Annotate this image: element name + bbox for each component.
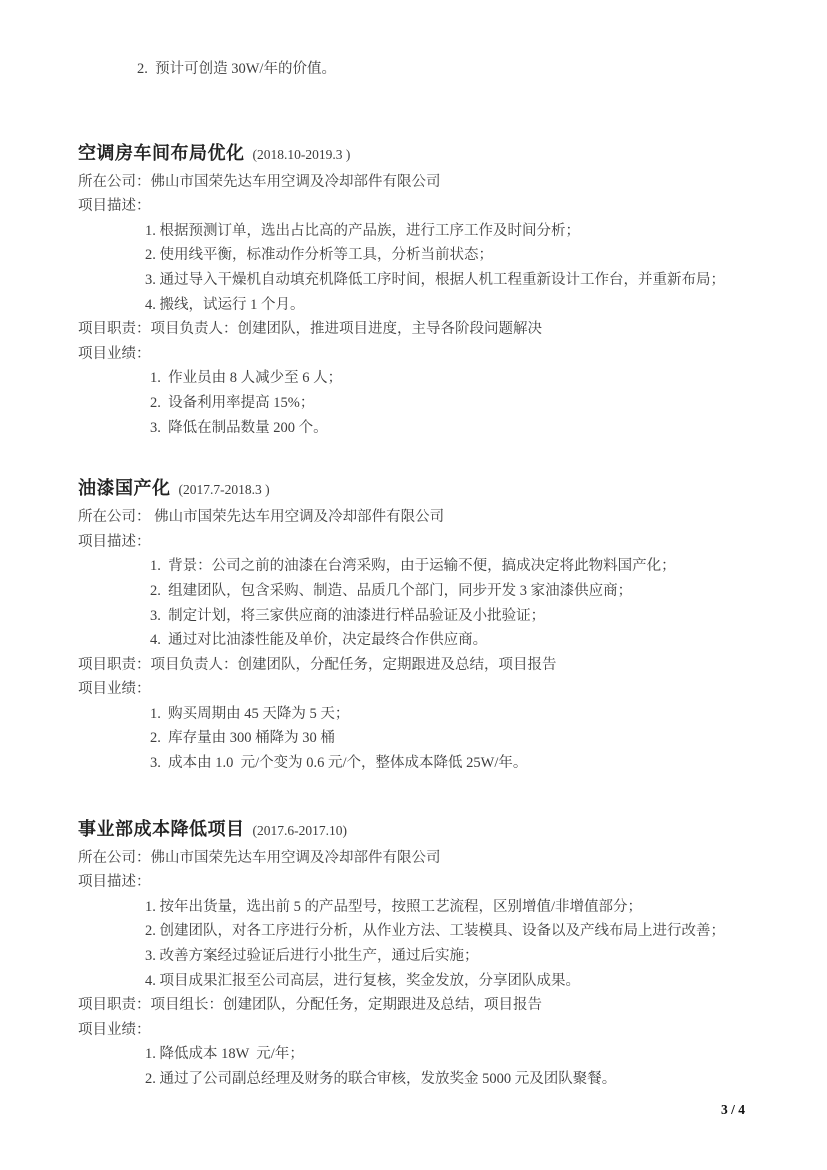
- duty-line: 项目职责：项目负责人：创建团队，分配任务，定期跟进及总结，项目报告: [78, 653, 757, 678]
- project-section-paint-localization: 油漆国产化(2017.7-2018.3 ) 所在公司： 佛山市国荣先达车用空调及…: [78, 472, 757, 776]
- achievement-item: 1. 购买周期由 45 天降为 5 天；: [78, 702, 757, 727]
- description-item: 4. 搬线，试运行 1 个月。: [78, 293, 757, 318]
- achievement-item: 3. 降低在制品数量 200 个。: [78, 416, 757, 441]
- duty-label: 项目职责：: [78, 321, 151, 337]
- achievement-item: 3. 成本由 1.0 元/个变为 0.6 元/个，整体成本降低 25W/年。: [78, 751, 757, 776]
- page-number: 3 / 4: [721, 1102, 745, 1118]
- resume-page: 2. 预计可创造 30W/年的价值。 空调房车间布局优化(2018.10-201…: [0, 0, 827, 1170]
- description-item: 4. 通过对比油漆性能及单价，决定最终合作供应商。: [78, 628, 757, 653]
- project-date-range: (2017.6-2017.10): [253, 823, 348, 838]
- section-heading: 油漆国产化(2017.7-2018.3 ): [78, 472, 757, 505]
- project-date-range: (2017.7-2018.3 ): [179, 482, 270, 497]
- description-item: 2. 组建团队，包含采购、制造、品质几个部门，同步开发 3 家油漆供应商；: [78, 579, 757, 604]
- description-item: 3. 制定计划，将三家供应商的油漆进行样品验证及小批验证；: [78, 604, 757, 629]
- duty-text: 项目组长：创建团队，分配任务，定期跟进及总结，项目报告: [151, 997, 543, 1013]
- company-name: 佛山市国荣先达车用空调及冷却部件有限公司: [151, 509, 445, 525]
- description-item: 3. 改善方案经过验证后进行小批生产，通过后实施；: [78, 944, 757, 969]
- company-label: 所在公司：: [78, 509, 151, 525]
- duty-label: 项目职责：: [78, 657, 151, 673]
- duty-text: 项目负责人：创建团队，推进项目进度，主导各阶段问题解决: [151, 321, 543, 337]
- section-heading: 空调房车间布局优化(2018.10-2019.3 ): [78, 137, 757, 170]
- description-label: 项目描述：: [78, 870, 757, 895]
- description-item: 1. 背景：公司之前的油漆在台湾采购，由于运输不便，搞成决定将此物料国产化；: [78, 554, 757, 579]
- description-item: 2. 创建团队，对各工序进行分析，从作业方法、工装模具、设备以及产线布局上进行改…: [78, 919, 757, 944]
- section-heading: 事业部成本降低项目(2017.6-2017.10): [78, 813, 757, 846]
- description-item: 1. 根据预测订单，选出占比高的产品族，进行工序工作及时间分析；: [78, 219, 757, 244]
- achievement-item: 2. 库存量由 300 桶降为 30 桶: [78, 726, 757, 751]
- achievement-item: 1. 降低成本 18W 元/年；: [78, 1042, 757, 1067]
- description-label: 项目描述：: [78, 530, 757, 555]
- description-item: 1. 按年出货量，选出前 5 的产品型号，按照工艺流程，区别增值/非增值部分；: [78, 895, 757, 920]
- achievement-label: 项目业绩：: [78, 342, 757, 367]
- carryover-list-item: 2. 预计可创造 30W/年的价值。: [78, 57, 757, 82]
- description-item: 4. 项目成果汇报至公司高层，进行复核，奖金发放，分享团队成果。: [78, 969, 757, 994]
- achievement-item: 2. 设备利用率提高 15%；: [78, 391, 757, 416]
- company-line: 所在公司：佛山市国荣先达车用空调及冷却部件有限公司: [78, 846, 757, 871]
- description-label: 项目描述：: [78, 194, 757, 219]
- project-section-layout-optimization: 空调房车间布局优化(2018.10-2019.3 ) 所在公司：佛山市国荣先达车…: [78, 137, 757, 441]
- achievement-label: 项目业绩：: [78, 1018, 757, 1043]
- project-title: 事业部成本降低项目: [78, 819, 245, 839]
- company-name: 佛山市国荣先达车用空调及冷却部件有限公司: [151, 850, 441, 866]
- achievement-item: 1. 作业员由 8 人减少至 6 人；: [78, 366, 757, 391]
- page-content: 2. 预计可创造 30W/年的价值。 空调房车间布局优化(2018.10-201…: [0, 0, 827, 1092]
- company-label: 所在公司：: [78, 174, 151, 190]
- company-line: 所在公司：佛山市国荣先达车用空调及冷却部件有限公司: [78, 170, 757, 195]
- project-title: 油漆国产化: [78, 478, 171, 498]
- description-item: 3. 通过导入干燥机自动填充机降低工序时间，根据人机工程重新设计工作台，并重新布…: [78, 268, 757, 293]
- duty-line: 项目职责：项目组长：创建团队，分配任务，定期跟进及总结，项目报告: [78, 993, 757, 1018]
- project-title: 空调房车间布局优化: [78, 143, 245, 163]
- achievement-label: 项目业绩：: [78, 677, 757, 702]
- duty-line: 项目职责：项目负责人：创建团队，推进项目进度，主导各阶段问题解决: [78, 317, 757, 342]
- company-label: 所在公司：: [78, 850, 151, 866]
- duty-text: 项目负责人：创建团队，分配任务，定期跟进及总结，项目报告: [151, 657, 557, 673]
- achievement-item: 2. 通过了公司副总经理及财务的联合审核，发放奖金 5000 元及团队聚餐。: [78, 1067, 757, 1092]
- duty-label: 项目职责：: [78, 997, 151, 1013]
- company-line: 所在公司： 佛山市国荣先达车用空调及冷却部件有限公司: [78, 505, 757, 530]
- company-name: 佛山市国荣先达车用空调及冷却部件有限公司: [151, 174, 441, 190]
- project-date-range: (2018.10-2019.3 ): [253, 147, 351, 162]
- description-item: 2. 使用线平衡，标准动作分析等工具，分析当前状态；: [78, 243, 757, 268]
- project-section-cost-reduction: 事业部成本降低项目(2017.6-2017.10) 所在公司：佛山市国荣先达车用…: [78, 813, 757, 1092]
